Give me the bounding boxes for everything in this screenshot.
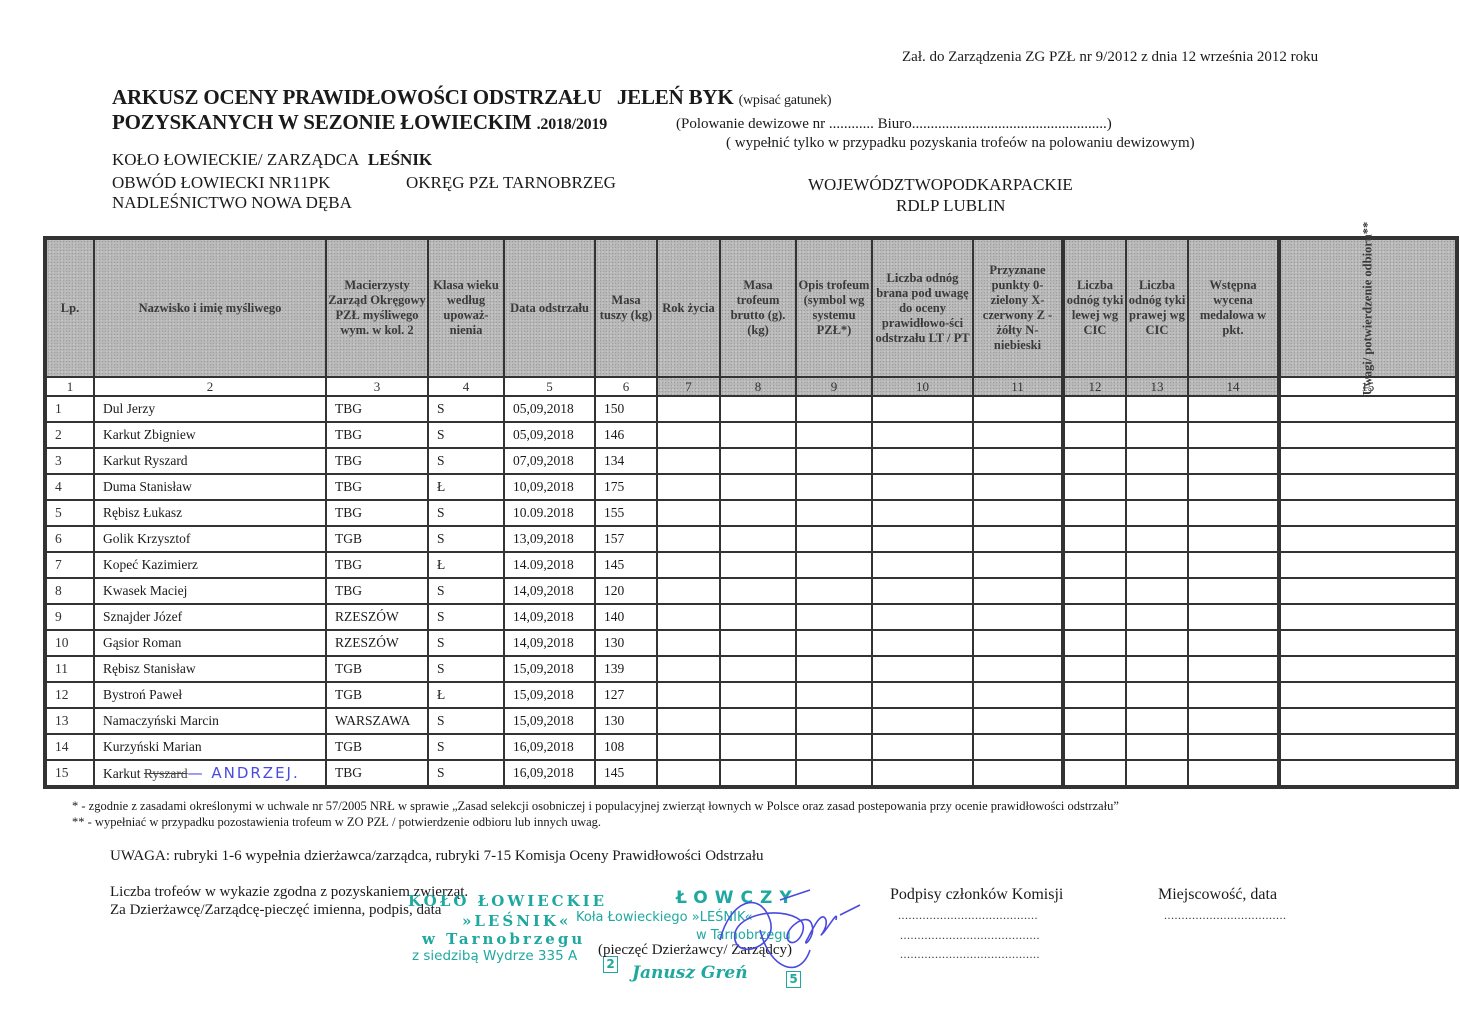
commission-cell[interactable] (973, 734, 1063, 760)
cell-masa: 120 (595, 578, 657, 604)
table-row: 1Dul JerzyTBGS05,09,2018150 (45, 396, 1457, 422)
commission-cell[interactable] (1188, 604, 1279, 630)
table-row: 11Rębisz StanisławTGBS15,09,2018139 (45, 656, 1457, 682)
stamp-line-2: »LEŚNIK« (462, 912, 571, 930)
commission-cell[interactable] (1063, 448, 1126, 474)
title-main: ARKUSZ OCENY PRAWIDŁOWOŚCI ODSTRZAŁU (112, 85, 602, 109)
table-row: 7Kopeć KazimierzTBGŁ14.09,2018145 (45, 552, 1457, 578)
cell-masa: 146 (595, 422, 657, 448)
commission-cell[interactable] (796, 526, 872, 552)
commission-cell[interactable] (796, 682, 872, 708)
commission-cell[interactable] (872, 552, 973, 578)
table-row: 10Gąsior RomanRZESZÓWS14,09,2018130 (45, 630, 1457, 656)
column-number: 4 (428, 377, 504, 396)
hunting-club-label: KOŁO ŁOWIECKIE/ ZARZĄDCA (112, 150, 359, 169)
commission-cell[interactable] (872, 500, 973, 526)
remarks-cell[interactable] (1279, 578, 1457, 604)
cell-klasa: S (428, 500, 504, 526)
commission-cell[interactable] (1063, 578, 1126, 604)
cell-name: Kurzyński Marian (94, 734, 326, 760)
cell-klasa: S (428, 396, 504, 422)
forest-district: NADLEŚNICTWO NOWA DĘBA (112, 193, 352, 213)
commission-cell[interactable] (872, 396, 973, 422)
cell-data: 07,09,2018 (504, 448, 595, 474)
commission-cell[interactable] (1188, 760, 1279, 787)
commission-cell[interactable] (720, 682, 796, 708)
commission-cell[interactable] (657, 578, 720, 604)
cell-data: 05,09,2018 (504, 396, 595, 422)
commission-cell[interactable] (1126, 422, 1188, 448)
cell-lp: 2 (45, 422, 94, 448)
attachment-note: Zał. do Zarządzenia ZG PZŁ nr 9/2012 z d… (902, 49, 1318, 66)
cell-lp: 8 (45, 578, 94, 604)
table-row: 4Duma StanisławTBGŁ10,09,2018175 (45, 474, 1457, 500)
commission-cell[interactable] (1063, 422, 1126, 448)
commission-cell[interactable] (1126, 604, 1188, 630)
commission-cell[interactable] (657, 396, 720, 422)
commission-cell[interactable] (1126, 734, 1188, 760)
commission-cell[interactable] (720, 734, 796, 760)
column-number: 10 (872, 377, 973, 396)
column-number: 1 (45, 377, 94, 396)
commission-cell[interactable] (1063, 604, 1126, 630)
place-date-line: ................................... (1164, 908, 1287, 923)
column-header: Przyznane punkty 0-zielony X-czerwony Z … (973, 238, 1063, 377)
commission-cell[interactable] (1126, 526, 1188, 552)
cell-data: 16,09,2018 (504, 760, 595, 787)
place-date-label: Miejscowość, data (1158, 886, 1277, 904)
cell-lp: 13 (45, 708, 94, 734)
cell-zo: TGB (326, 734, 428, 760)
cell-masa: 150 (595, 396, 657, 422)
cell-data: 16,09,2018 (504, 734, 595, 760)
column-header: Data odstrzału (504, 238, 595, 377)
footnote-1: * - zgodnie z zasadami określonymi w uch… (72, 799, 1119, 814)
cell-masa: 145 (595, 552, 657, 578)
cell-data: 14,09,2018 (504, 604, 595, 630)
handwritten-correction: — ANDRZEJ. (188, 764, 300, 782)
commission-cell[interactable] (796, 578, 872, 604)
commission-cell[interactable] (657, 604, 720, 630)
column-header: Liczba odnóg tyki prawej wg CIC (1126, 238, 1188, 377)
commission-cell[interactable] (657, 422, 720, 448)
hunting-district: OBWÓD ŁOWIECKI NR11PK (112, 173, 330, 193)
cell-zo: TBG (326, 500, 428, 526)
commission-cell[interactable] (872, 422, 973, 448)
cell-masa: 108 (595, 734, 657, 760)
commission-cell[interactable] (1063, 500, 1126, 526)
commission-cell[interactable] (720, 656, 796, 682)
commission-signature-line: ........................................ (900, 947, 1040, 962)
cell-data: 10,09,2018 (504, 474, 595, 500)
cell-lp: 11 (45, 656, 94, 682)
commission-cell[interactable] (796, 656, 872, 682)
commission-cell[interactable] (973, 396, 1063, 422)
commission-cell[interactable] (973, 578, 1063, 604)
cell-masa: 139 (595, 656, 657, 682)
hunting-club-value: LEŚNIK (368, 150, 432, 169)
column-number: 13 (1126, 377, 1188, 396)
remarks-cell[interactable] (1279, 708, 1457, 734)
cell-masa: 175 (595, 474, 657, 500)
commission-cell[interactable] (973, 630, 1063, 656)
column-number: 2 (94, 377, 326, 396)
commission-cell[interactable] (796, 474, 872, 500)
commission-signatures-label: Podpisy członków Komisji (890, 886, 1063, 904)
cell-lp: 3 (45, 448, 94, 474)
cell-data: 13,09,2018 (504, 526, 595, 552)
commission-cell[interactable] (973, 500, 1063, 526)
lessee-signature-label: Za Dzierżawcę/Zarządcę-pieczęć imienna, … (110, 902, 441, 919)
column-number: 8 (720, 377, 796, 396)
commission-cell[interactable] (796, 448, 872, 474)
cell-lp: 10 (45, 630, 94, 656)
cell-name: Golik Krzysztof (94, 526, 326, 552)
commission-cell[interactable] (720, 474, 796, 500)
commission-signature-line: ........................................ (898, 908, 1038, 923)
commission-cell[interactable] (657, 682, 720, 708)
remarks-cell[interactable] (1279, 682, 1457, 708)
cell-name: Sznajder Józef (94, 604, 326, 630)
title-season-label: POZYSKANYCH W SEZONIE ŁOWIECKIM (112, 110, 532, 134)
commission-cell[interactable] (1188, 682, 1279, 708)
cell-zo: TGB (326, 526, 428, 552)
commission-cell[interactable] (1188, 734, 1279, 760)
cell-klasa: S (428, 630, 504, 656)
commission-cell[interactable] (1126, 396, 1188, 422)
commission-signature-line: ........................................ (900, 928, 1040, 943)
commission-cell[interactable] (720, 422, 796, 448)
column-number: 12 (1063, 377, 1126, 396)
commission-cell[interactable] (872, 578, 973, 604)
commission-cell[interactable] (657, 448, 720, 474)
cell-masa: 145 (595, 760, 657, 787)
commission-cell[interactable] (657, 656, 720, 682)
cell-zo: TBG (326, 578, 428, 604)
commission-cell[interactable] (973, 760, 1063, 787)
commission-cell[interactable] (1188, 708, 1279, 734)
cell-zo: TGB (326, 656, 428, 682)
commission-cell[interactable] (796, 396, 872, 422)
commission-cell[interactable] (872, 708, 973, 734)
table-row: 5Rębisz ŁukaszTBGS10.09.2018155 (45, 500, 1457, 526)
commission-cell[interactable] (1188, 474, 1279, 500)
commission-cell[interactable] (720, 526, 796, 552)
cell-lp: 12 (45, 682, 94, 708)
commission-cell[interactable] (1063, 708, 1126, 734)
commission-cell[interactable] (720, 552, 796, 578)
struck-first-name: Ryszard (144, 766, 188, 781)
commission-cell[interactable] (973, 448, 1063, 474)
commission-cell[interactable] (1188, 448, 1279, 474)
remarks-cell[interactable] (1279, 552, 1457, 578)
commission-cell[interactable] (657, 500, 720, 526)
cell-lp: 1 (45, 396, 94, 422)
commission-cell[interactable] (973, 604, 1063, 630)
commission-cell[interactable] (973, 682, 1063, 708)
cell-klasa: S (428, 422, 504, 448)
cell-data: 15,09,2018 (504, 682, 595, 708)
column-header: Opis trofeum (symbol wg systemu PZŁ*) (796, 238, 872, 377)
commission-cell[interactable] (1063, 474, 1126, 500)
commission-cell[interactable] (872, 448, 973, 474)
cell-name: Rębisz Łukasz (94, 500, 326, 526)
column-header: Uwagi/ potwierdzenie odbioru** (1279, 238, 1457, 377)
table-row: 15Karkut Ryszard— ANDRZEJ.TBGS16,09,2018… (45, 760, 1457, 787)
commission-cell[interactable] (1188, 656, 1279, 682)
commission-cell[interactable] (1063, 760, 1126, 787)
rdlp: RDLP LUBLIN (896, 196, 1005, 216)
cell-klasa: S (428, 656, 504, 682)
commission-cell[interactable] (1188, 526, 1279, 552)
commission-cell[interactable] (872, 734, 973, 760)
table-row: 9Sznajder JózefRZESZÓWS14,09,2018140 (45, 604, 1457, 630)
commission-cell[interactable] (1126, 656, 1188, 682)
cell-zo: TBG (326, 422, 428, 448)
footnote-2: ** - wypełniać w przypadku pozostawienia… (72, 815, 601, 830)
commission-cell[interactable] (1063, 630, 1126, 656)
commission-cell[interactable] (1126, 448, 1188, 474)
cell-masa: 130 (595, 708, 657, 734)
cell-data: 10.09.2018 (504, 500, 595, 526)
cell-klasa: S (428, 734, 504, 760)
cell-masa: 134 (595, 448, 657, 474)
cell-lp: 14 (45, 734, 94, 760)
commission-cell[interactable] (1126, 708, 1188, 734)
remarks-cell[interactable] (1279, 500, 1457, 526)
commission-cell[interactable] (1126, 474, 1188, 500)
column-header: Rok życia (657, 238, 720, 377)
cell-klasa: S (428, 760, 504, 787)
cell-name: Karkut Ryszard (94, 448, 326, 474)
cell-masa: 157 (595, 526, 657, 552)
cell-data: 14,09,2018 (504, 578, 595, 604)
commission-cell[interactable] (973, 552, 1063, 578)
commission-cell[interactable] (1126, 630, 1188, 656)
commission-cell[interactable] (872, 526, 973, 552)
column-number: 5 (504, 377, 595, 396)
commission-cell[interactable] (657, 474, 720, 500)
commission-cell[interactable] (1126, 552, 1188, 578)
remarks-cell[interactable] (1279, 630, 1457, 656)
commission-cell[interactable] (657, 552, 720, 578)
cell-name: Karkut Ryszard— ANDRZEJ. (94, 760, 326, 787)
cell-lp: 7 (45, 552, 94, 578)
cell-masa: 140 (595, 604, 657, 630)
commission-cell[interactable] (657, 734, 720, 760)
table-row: 2Karkut ZbigniewTBGS05,09,2018146 (45, 422, 1457, 448)
commission-cell[interactable] (720, 604, 796, 630)
remarks-cell[interactable] (1279, 474, 1457, 500)
remarks-cell[interactable] (1279, 604, 1457, 630)
pzl-region: OKRĘG PZŁ TARNOBRZEG (406, 173, 616, 193)
commission-cell[interactable] (1126, 682, 1188, 708)
cell-zo: TBG (326, 474, 428, 500)
cell-klasa: S (428, 526, 504, 552)
species-hint: (wpisać gatunek) (739, 93, 832, 108)
commission-cell[interactable] (720, 708, 796, 734)
column-header: Nazwisko i imię myśliwego (94, 238, 326, 377)
season: .2018/2019 (537, 116, 607, 133)
cell-klasa: S (428, 448, 504, 474)
commission-cell[interactable] (1126, 500, 1188, 526)
commission-cell[interactable] (872, 630, 973, 656)
cell-name: Karkut Zbigniew (94, 422, 326, 448)
cell-zo: WARSZAWA (326, 708, 428, 734)
commission-cell[interactable] (1063, 526, 1126, 552)
cell-klasa: Ł (428, 552, 504, 578)
column-number: 7 (657, 377, 720, 396)
cell-klasa: S (428, 604, 504, 630)
commission-cell[interactable] (720, 760, 796, 787)
cell-name: Kopeć Kazimierz (94, 552, 326, 578)
commission-cell[interactable] (657, 708, 720, 734)
cell-zo: TGB (326, 682, 428, 708)
cell-zo: RZESZÓW (326, 604, 428, 630)
commission-cell[interactable] (1063, 734, 1126, 760)
commission-cell[interactable] (796, 630, 872, 656)
voivodeship: WOJEWÓDZTWOPODKARPACKIE (808, 175, 1073, 195)
cell-klasa: Ł (428, 682, 504, 708)
remarks-cell[interactable] (1279, 526, 1457, 552)
commission-cell[interactable] (796, 734, 872, 760)
cell-klasa: S (428, 708, 504, 734)
column-number-row: 123456789101112131415 (45, 377, 1457, 396)
column-header: Macierzysty Zarząd Okręgowy PZŁ myśliweg… (326, 238, 428, 377)
commission-cell[interactable] (796, 552, 872, 578)
stamp-line-4: z siedzibą Wydrze 335 A (412, 948, 577, 964)
commission-cell[interactable] (973, 526, 1063, 552)
stamp-line-1: KOŁO ŁOWIECKIE (408, 892, 607, 910)
cell-klasa: Ł (428, 474, 504, 500)
commission-cell[interactable] (796, 708, 872, 734)
commission-cell[interactable] (1126, 578, 1188, 604)
commission-cell[interactable] (973, 708, 1063, 734)
commission-cell[interactable] (872, 474, 973, 500)
commission-cell[interactable] (1063, 396, 1126, 422)
column-header: Liczba odnóg brana pod uwagę do oceny pr… (872, 238, 973, 377)
commission-cell[interactable] (657, 630, 720, 656)
commission-cell[interactable] (1188, 552, 1279, 578)
table-row: 12Bystroń PawełTGBŁ15,09,2018127 (45, 682, 1457, 708)
column-header: Lp. (45, 238, 94, 377)
commission-cell[interactable] (720, 578, 796, 604)
commission-cell[interactable] (720, 630, 796, 656)
column-header-text: Uwagi/ potwierdzenie odbioru** (1360, 221, 1375, 395)
commission-cell[interactable] (720, 448, 796, 474)
commission-cell[interactable] (1188, 500, 1279, 526)
hunting-club: KOŁO ŁOWIECKIE/ ZARZĄDCA LEŚNIK (112, 150, 432, 170)
commission-cell[interactable] (657, 760, 720, 787)
cell-name: Gąsior Roman (94, 630, 326, 656)
cell-data: 15,09,2018 (504, 656, 595, 682)
column-number: 11 (973, 377, 1063, 396)
cell-masa: 155 (595, 500, 657, 526)
hunter-surname: Karkut (103, 766, 141, 781)
remarks-cell[interactable] (1279, 448, 1457, 474)
cell-name: Namaczyński Marcin (94, 708, 326, 734)
cell-data: 05,09,2018 (504, 422, 595, 448)
commission-cell[interactable] (973, 656, 1063, 682)
cell-name: Bystroń Paweł (94, 682, 326, 708)
remarks-cell[interactable] (1279, 734, 1457, 760)
commission-cell[interactable] (1063, 682, 1126, 708)
commission-cell[interactable] (796, 760, 872, 787)
cell-zo: TBG (326, 552, 428, 578)
foreign-hunt-line: (Polowanie dewizowe nr ............ Biur… (676, 116, 1112, 133)
cell-zo: TBG (326, 760, 428, 787)
remarks-cell[interactable] (1279, 422, 1457, 448)
cell-name: Dul Jerzy (94, 396, 326, 422)
foreign-hunt-note: ( wypełnić tylko w przypadku pozyskania … (726, 135, 1195, 152)
cell-data: 14.09,2018 (504, 552, 595, 578)
commission-cell[interactable] (796, 500, 872, 526)
column-header: Masa trofeum brutto (g). (kg) (720, 238, 796, 377)
cell-name: Rębisz Stanisław (94, 656, 326, 682)
commission-cell[interactable] (872, 604, 973, 630)
commission-cell[interactable] (973, 422, 1063, 448)
column-header: Masa tuszy (kg) (595, 238, 657, 377)
handwritten-signature (700, 880, 870, 990)
table-row: 13Namaczyński MarcinWARSZAWAS15,09,20181… (45, 708, 1457, 734)
cell-zo: TBG (326, 448, 428, 474)
commission-cell[interactable] (872, 682, 973, 708)
commission-cell[interactable] (1188, 630, 1279, 656)
commission-cell[interactable] (1188, 396, 1279, 422)
column-number: 9 (796, 377, 872, 396)
remarks-cell[interactable] (1279, 656, 1457, 682)
column-number: 14 (1188, 377, 1279, 396)
cell-masa: 130 (595, 630, 657, 656)
cell-lp: 9 (45, 604, 94, 630)
remarks-cell[interactable] (1279, 760, 1457, 787)
cell-masa: 127 (595, 682, 657, 708)
cell-lp: 5 (45, 500, 94, 526)
column-number: 3 (326, 377, 428, 396)
commission-cell[interactable] (1126, 760, 1188, 787)
table-row: 6Golik KrzysztofTGBS13,09,2018157 (45, 526, 1457, 552)
cell-name: Kwasek Maciej (94, 578, 326, 604)
remarks-cell[interactable] (1279, 396, 1457, 422)
commission-cell[interactable] (1188, 578, 1279, 604)
document-title-line1: ARKUSZ OCENY PRAWIDŁOWOŚCI ODSTRZAŁU JEL… (112, 85, 831, 110)
cell-zo: RZESZÓW (326, 630, 428, 656)
column-header: Liczba odnóg tyki lewej wg CIC (1063, 238, 1126, 377)
commission-cell[interactable] (657, 526, 720, 552)
commission-cell[interactable] (973, 474, 1063, 500)
cell-data: 15,09,2018 (504, 708, 595, 734)
stamp-line-3: w Tarnobrzegu (422, 930, 585, 948)
commission-cell[interactable] (1188, 422, 1279, 448)
commission-cell[interactable] (872, 760, 973, 787)
cell-data: 14,09,2018 (504, 630, 595, 656)
commission-cell[interactable] (720, 396, 796, 422)
table-row: 8Kwasek MaciejTBGS14,09,2018120 (45, 578, 1457, 604)
cell-lp: 15 (45, 760, 94, 787)
commission-cell[interactable] (796, 604, 872, 630)
column-header: Wstępna wycena medalowa w pkt. (1188, 238, 1279, 377)
commission-cell[interactable] (796, 422, 872, 448)
commission-cell[interactable] (720, 500, 796, 526)
document-title-line2: POZYSKANYCH W SEZONIE ŁOWIECKIM .2018/20… (112, 110, 607, 135)
commission-cell[interactable] (1063, 552, 1126, 578)
column-header: Klasa wieku według upoważ-nienia (428, 238, 504, 377)
commission-cell[interactable] (872, 656, 973, 682)
commission-cell[interactable] (1063, 656, 1126, 682)
assessment-table: Lp.Nazwisko i imię myśliwegoMacierzysty … (43, 236, 1459, 789)
cell-lp: 6 (45, 526, 94, 552)
cell-lp: 4 (45, 474, 94, 500)
